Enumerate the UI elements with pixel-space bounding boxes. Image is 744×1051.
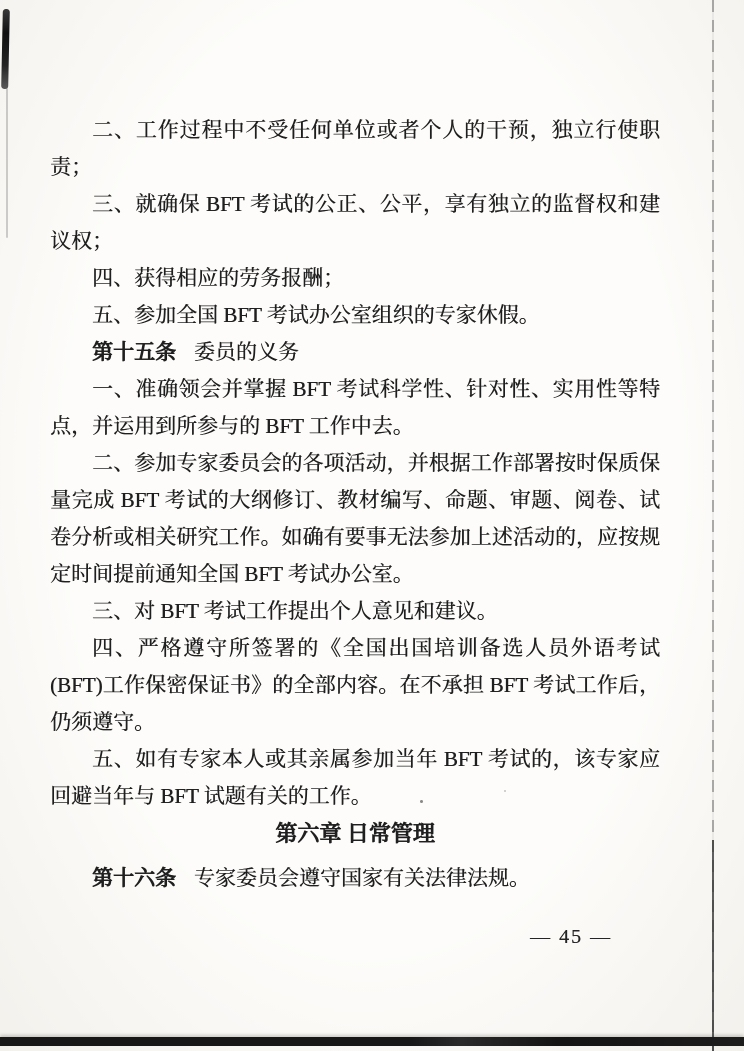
paragraph-text: 一、准确领会并掌握 BFT 考试科学性、针对性、实用性等特点，并运用到所参与的 … <box>50 377 660 438</box>
article-number: 第十六条 <box>92 866 176 890</box>
scan-line-right-dark <box>712 840 714 1051</box>
page-content: 二、工作过程中不受任何单位或者个人的干预，独立行使职责；三、就确保 BFT 考试… <box>50 112 660 897</box>
article-number: 第十五条 <box>92 340 176 364</box>
article-16: 第十六条专家委员会遵守国家有关法律法规。 <box>50 860 660 897</box>
paragraph: 四、获得相应的劳务报酬； <box>50 260 660 297</box>
chapter-heading: 第六章 日常管理 <box>50 815 660 852</box>
paragraph-text: 二、参加专家委员会的各项活动，并根据工作部署按时保质保量完成 BFT 考试的大纲… <box>50 451 660 586</box>
scan-smudge-left-tail <box>6 88 8 238</box>
article-text: 专家委员会遵守国家有关法律法规。 <box>194 866 530 890</box>
paragraph: 三、对 BFT 考试工作提出个人意见和建议。 <box>50 593 660 630</box>
scan-edge-bottom-bar <box>0 1037 744 1046</box>
paragraph: 四、严格遵守所签署的《全国出国培训备选人员外语考试(BFT)工作保密保证书》的全… <box>50 630 660 741</box>
paragraph-text: 四、严格遵守所签署的《全国出国培训备选人员外语考试(BFT)工作保密保证书》的全… <box>50 636 660 734</box>
paragraph-list: 二、工作过程中不受任何单位或者个人的干预，独立行使职责；三、就确保 BFT 考试… <box>50 112 660 815</box>
page-number: — 45 — <box>530 926 612 949</box>
paragraph-text: 三、对 BFT 考试工作提出个人意见和建议。 <box>92 599 498 623</box>
paragraph: 三、就确保 BFT 考试的公正、公平，享有独立的监督权和建议权； <box>50 186 660 260</box>
paragraph: 二、工作过程中不受任何单位或者个人的干预，独立行使职责； <box>50 112 660 186</box>
paragraph: 五、参加全国 BFT 考试办公室组织的专家休假。 <box>50 297 660 334</box>
paragraph-text: 二、工作过程中不受任何单位或者个人的干预，独立行使职责； <box>50 118 660 179</box>
scanned-document-page: { "document": { "paragraphs": [ { "lead"… <box>0 0 744 1051</box>
paragraph: 一、准确领会并掌握 BFT 考试科学性、针对性、实用性等特点，并运用到所参与的 … <box>50 371 660 445</box>
paragraph-text: 五、参加全国 BFT 考试办公室组织的专家休假。 <box>92 303 540 327</box>
scan-smudge-left <box>1 9 10 89</box>
paragraph-text: 委员的义务 <box>194 340 299 364</box>
paragraph-text: 四、获得相应的劳务报酬； <box>92 266 344 290</box>
paragraph: 二、参加专家委员会的各项活动，并根据工作部署按时保质保量完成 BFT 考试的大纲… <box>50 445 660 593</box>
paragraph: 五、如有专家本人或其亲属参加当年 BFT 考试的，该专家应回避当年与 BFT 试… <box>50 741 660 815</box>
paragraph-text: 三、就确保 BFT 考试的公正、公平，享有独立的监督权和建议权； <box>50 192 660 253</box>
paragraph: 第十五条委员的义务 <box>50 334 660 371</box>
paragraph-text: 五、如有专家本人或其亲属参加当年 BFT 考试的，该专家应回避当年与 BFT 试… <box>50 747 660 808</box>
